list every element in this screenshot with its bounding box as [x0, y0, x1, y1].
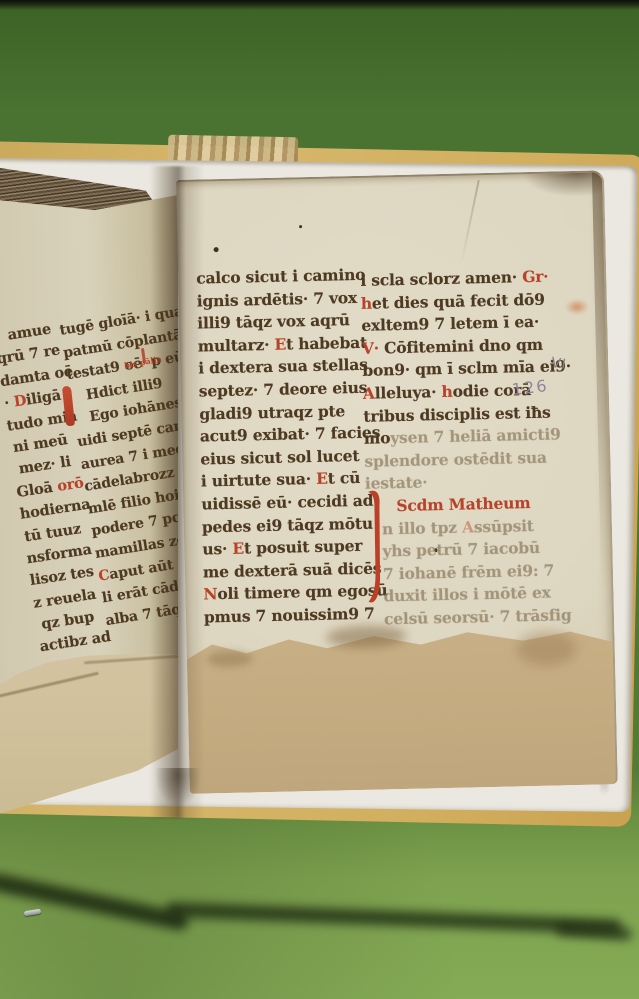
gutter-shadow [150, 166, 204, 818]
pencil-quire-mark: VI [550, 355, 568, 373]
gutter-fold-shadow [146, 768, 210, 840]
text-segment: oli timere qm egosū [217, 581, 388, 604]
manuscript-text-line: pmus 7 nouissim9 7 [204, 603, 374, 629]
text-segment: i scla sclorz amen· [360, 267, 522, 290]
text-segment-faded: celsū seorsū· 7 trāsfig [384, 605, 572, 628]
text-segment: eius sicut sol lucet [200, 446, 359, 469]
manuscript-text-line: septez· 7 deore eius [199, 377, 369, 403]
text-segment-faded: yhs petrū 7 iacobū [382, 538, 540, 561]
text-segment: i uirtute sua· [201, 469, 317, 491]
manuscript-text-line: calco sicut i camino [196, 264, 366, 290]
text-segment-red: orō [56, 474, 85, 495]
text-segment-faded: duxit illos i mōtē ex [383, 583, 551, 606]
text-segment-red: E [316, 469, 328, 488]
text-segment: calco sicut i camino [196, 265, 365, 288]
text-segment-red: N [203, 584, 217, 603]
text-segment: iligā [25, 387, 62, 409]
text-segment: gladi9 utraqz pte [199, 401, 345, 423]
text-segment: exltem9 7 letem ī ea· [361, 312, 539, 335]
text-segment-faded: ysen 7 heliā amicti9 [390, 424, 561, 447]
text-segment: pedes ei9 tāqz mōtu [202, 513, 373, 536]
text-segment: amue [6, 320, 52, 343]
red-wax-stain [565, 299, 589, 316]
text-segment: me dexterā suā dicēs [203, 558, 382, 581]
page-corner-dirt [492, 172, 603, 204]
text-segment-redfaded: A [462, 517, 474, 536]
manuscript-text-line: celsū seorsū· 7 trāsfig [368, 604, 564, 631]
text-segment: mo [364, 428, 391, 448]
photograph-stage: amueqrū 7 redamta oē· Diligātudo miani m… [0, 0, 639, 999]
text-segment: Gloā [15, 478, 58, 501]
text-segment: Cōfitemini dno qm [384, 335, 543, 358]
text-segment: lleluya· [374, 382, 441, 403]
text-segment-rubric: Scdm Matheum [396, 493, 530, 515]
text-segment-red: A [363, 384, 375, 403]
open-manuscript-book: amueqrū 7 redamta oē· Diligātudo miani m… [0, 138, 639, 838]
text-segment: septez· 7 deore eius [199, 378, 368, 401]
text-segment: pmus 7 nouissim9 7 [204, 604, 375, 627]
text-segment: tribus disciplis est iħs [363, 402, 551, 425]
page-crease [460, 180, 479, 265]
text-segment-red: h [441, 382, 453, 401]
right-page-column-1: calco sicut i caminoignis ardētis· 7 vox… [196, 264, 374, 629]
text-segment: acut9 exibat· 7 facies [200, 423, 381, 446]
text-segment-red: h [361, 293, 373, 312]
text-segment: us· [202, 539, 232, 559]
right-manuscript-page: calco sicut i caminoignis ardētis· 7 vox… [176, 170, 618, 794]
text-segment: t cū [328, 468, 361, 488]
text-segment: i dextera sua stellas [198, 355, 368, 378]
text-segment-red: V· [362, 338, 385, 357]
text-segment-faded: 7 iohanē frēm ei9: 7 [383, 560, 555, 583]
text-segment: uidissē eū· cecidi ad [201, 491, 373, 514]
text-segment: et dies quā fecit dō9 [372, 289, 545, 312]
text-segment: multarz· [198, 335, 275, 356]
text-segment: ignis ardētis· 7 vox [197, 288, 358, 311]
text-segment-red: E [232, 539, 244, 558]
text-segment: illi9 tāqz vox aqrū [197, 310, 350, 332]
text-segment-faded: splendore ostēdit sua [364, 447, 547, 470]
ink-speck [214, 247, 219, 252]
text-segment: t posuit super [244, 536, 363, 558]
text-segment-red: Gr· [522, 267, 549, 287]
text-segment: t habebat [286, 332, 367, 353]
right-page-column-2: i scla sclorz amen· Gr·het dies quā feci… [360, 265, 564, 631]
ink-speck [299, 225, 302, 228]
red-initial-j [365, 489, 386, 609]
text-segment-red: E [274, 334, 286, 353]
text-segment-faded: ssūpsit [474, 516, 534, 536]
text-segment-faded: n illo tpz [382, 517, 462, 538]
manuscript-text-line: uidissē eū· cecidi ad [201, 490, 371, 516]
